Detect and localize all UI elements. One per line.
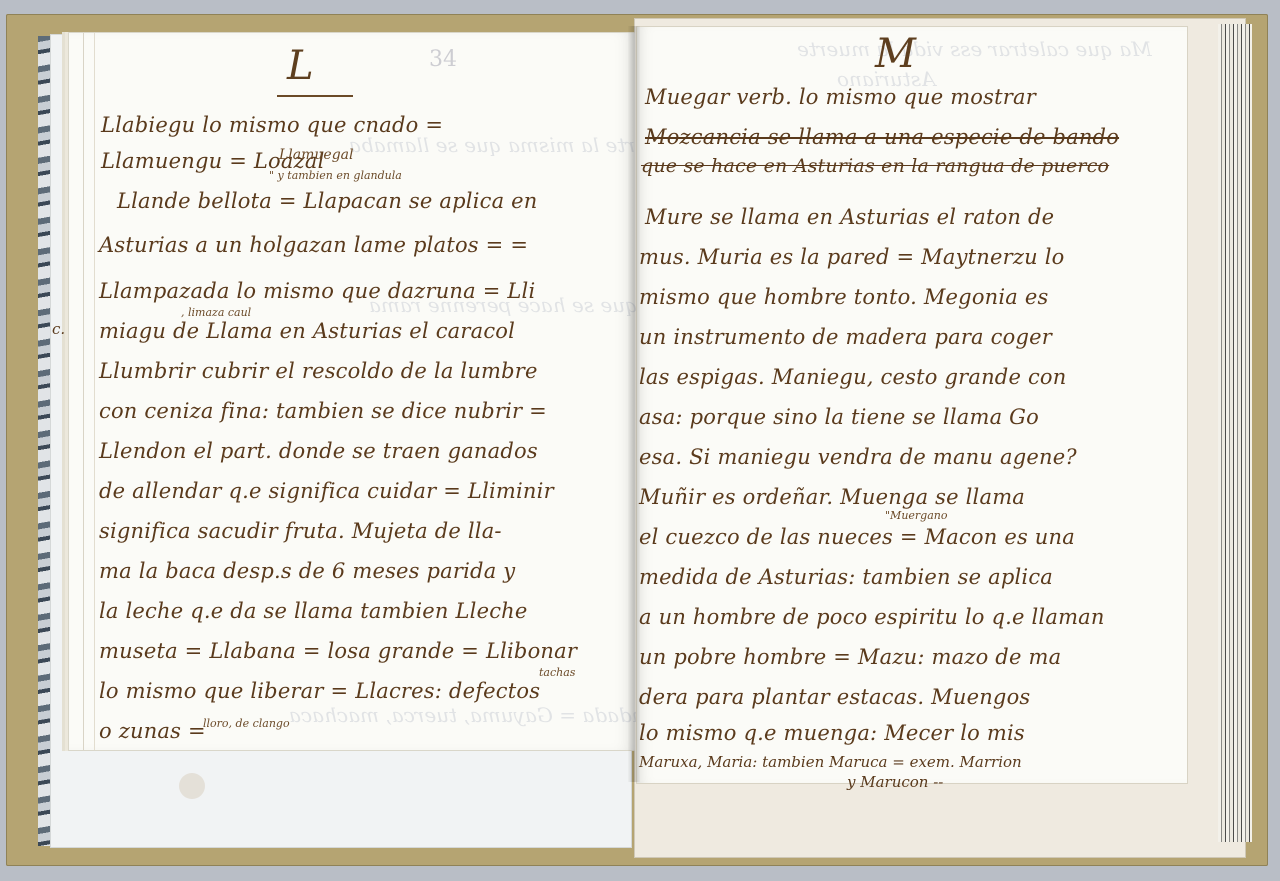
page-heading: L xyxy=(287,43,314,89)
text-line: o zunas = xyxy=(99,719,206,743)
page-heading: M xyxy=(875,31,916,77)
text-line: un pobre hombre = Mazu: mazo de ma xyxy=(639,645,1061,669)
text-line: lo mismo q.e muenga: Mecer lo mis xyxy=(639,721,1025,745)
text-line: el cuezco de las nueces = Macon es una xyxy=(639,525,1075,549)
marbled-endpaper xyxy=(38,36,50,846)
interlinear-note: "Muergano xyxy=(885,509,947,522)
text-line: mus. Muria es la pared = Maytnerzu lo xyxy=(639,245,1065,269)
text-line: Muñir es ordeñar. Muenga se llama xyxy=(639,485,1025,509)
text-line: con ceniza fina: tambien se dice nubrir … xyxy=(99,399,547,423)
right-page: Ma que caletrar ess vida la muerte Astur… xyxy=(636,26,1188,784)
text-line: dera para plantar estacas. Muengos xyxy=(639,685,1030,709)
text-line: a un hombre de poco espiritu lo q.e llam… xyxy=(639,605,1105,629)
gutter-shadow xyxy=(628,26,640,782)
text-line: Mure se llama en Asturias el raton de xyxy=(645,205,1054,229)
folio-number: 34 xyxy=(429,47,457,72)
text-line: de allendar q.e significa cuidar = Llimi… xyxy=(99,479,554,503)
text-line: Llampazada lo mismo que dazruna = Lli xyxy=(99,279,535,303)
interlinear-note: , limaza caul xyxy=(181,306,251,319)
text-line: Llendon el part. donde se traen ganados xyxy=(99,439,538,463)
text-line: Asturias a un holgazan lame platos = = xyxy=(99,233,528,257)
struck-text-line: Mozcancia se llama a una especie de band… xyxy=(645,125,1119,149)
text-line: asa: porque sino la tiene se llama Go xyxy=(639,405,1039,429)
struck-text-line: que se hace en Asturias en la rangua de … xyxy=(641,155,1109,177)
text-line: Muegar verb. lo mismo que mostrar xyxy=(645,85,1036,109)
text-line: Llande bellota = Llapacan se aplica en xyxy=(117,189,538,213)
text-line: medida de Asturias: tambien se aplica xyxy=(639,565,1053,589)
text-line: museta = Llabana = losa grande = Llibona… xyxy=(99,639,577,663)
text-line: Maruxa, Maria: tambien Maruca = exem. Ma… xyxy=(639,753,1022,771)
fore-edge-pages xyxy=(1218,24,1252,842)
heading-underline xyxy=(277,95,353,97)
paper-stain xyxy=(179,773,205,799)
text-line: lo mismo que liberar = Llacres: defectos xyxy=(99,679,540,703)
interlinear-note: tachas xyxy=(539,666,575,679)
text-line: miagu de Llama en Asturias el caracol xyxy=(99,319,515,343)
text-line: Llabiegu lo mismo que cnado = xyxy=(101,113,443,137)
text-line: las espigas. Maniegu, cesto grande con xyxy=(639,365,1066,389)
page-edge xyxy=(83,33,95,750)
text-line: mismo que hombre tonto. Megonia es xyxy=(639,285,1049,309)
left-page: Muerte la misma que se llamaba la que se… xyxy=(68,32,635,751)
interlinear-note: Llamuegal xyxy=(279,147,353,163)
text-line: la leche q.e da se llama tambien Lleche xyxy=(99,599,528,623)
text-line: significa sacudir fruta. Mujeta de lla- xyxy=(99,519,502,543)
text-line: ma la baca desp.s de 6 meses parida y xyxy=(99,559,515,583)
text-line: un instrumento de madera para coger xyxy=(639,325,1052,349)
text-line: esa. Si maniegu vendra de manu agene? xyxy=(639,445,1077,469)
interlinear-note: lloro, de clango xyxy=(203,717,290,730)
text-line: Llumbrir cubrir el rescoldo de la lumbre xyxy=(99,359,538,383)
margin-mark: c. xyxy=(52,320,65,338)
interlinear-note: " y tambien en glandula xyxy=(269,169,402,182)
bleed-through-text: Ma que caletrar ess vida la muerte xyxy=(797,37,1152,61)
text-line: y Marucon -- xyxy=(847,773,943,791)
